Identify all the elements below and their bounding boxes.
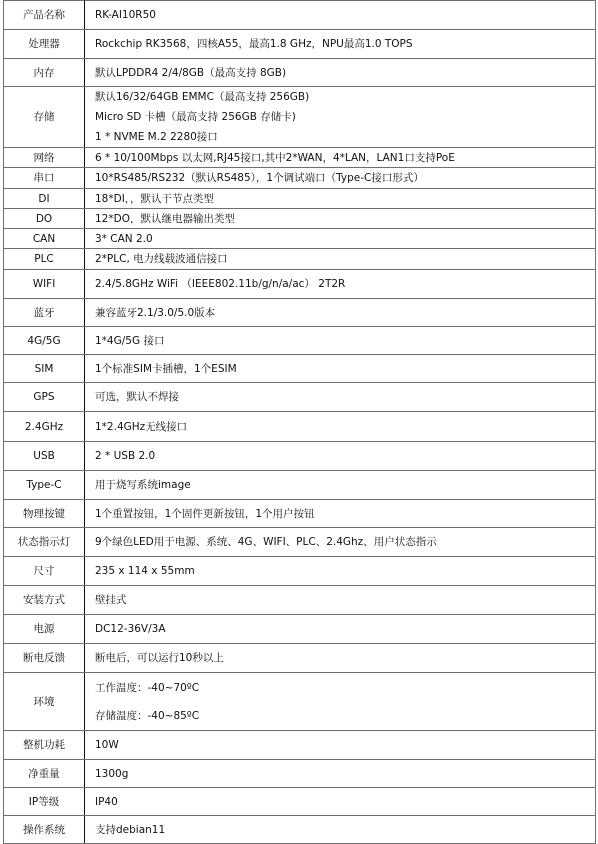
spec-row-24ghz: 2.4GHz 1*2.4GHz无线接口 [4,412,596,442]
spec-label: 内存 [4,59,85,87]
spec-value: 10*RS485/RS232（默认RS485），1个调试端口（Type-C接口形… [85,168,596,189]
spec-value-line: 1 * NVME M.2 2280接口 [95,127,595,147]
spec-row-do: DO 12*DO，默认继电器输出类型 [4,209,596,229]
spec-row-can: CAN 3* CAN 2.0 [4,229,596,249]
spec-value: RK-AI10R50 [85,1,596,30]
spec-value: 2 * USB 2.0 [85,442,596,471]
spec-label: SIM [4,355,85,383]
spec-table-body: 产品名称 RK-AI10R50 处理器 Rockchip RK3568，四核A5… [4,1,596,844]
spec-row-power-loss: 断电反馈 断电后，可以运行10秒以上 [4,644,596,673]
spec-label: DO [4,209,85,229]
spec-row-memory: 内存 默认LPDDR4 2/4/8GB（最高支持 8GB) [4,59,596,87]
spec-value: 9个绿色LED用于电源、系统、4G、WIFI、PLC、2.4Ghz、用户状态指示 [85,528,596,557]
spec-label: 操作系统 [4,816,85,844]
spec-label: Type-C [4,471,85,500]
spec-label: 安装方式 [4,586,85,615]
spec-row-buttons: 物理按键 1个重置按钮，1个固件更新按钮，1个用户按钮 [4,500,596,528]
spec-label: 2.4GHz [4,412,85,442]
spec-value: 1*2.4GHz无线接口 [85,412,596,442]
spec-value-line: Micro SD 卡槽（最高支持 256GB 存储卡) [95,107,595,127]
spec-value-line: 工作温度：-40~70ºC [95,674,595,702]
spec-value: Rockchip RK3568，四核A55，最高1.8 GHz，NPU最高1.0… [85,30,596,59]
spec-row-weight: 净重量 1300g [4,760,596,788]
spec-label: 蓝牙 [4,299,85,327]
spec-row-processor: 处理器 Rockchip RK3568，四核A55，最高1.8 GHz，NPU最… [4,30,596,59]
spec-value: 18*DI，，默认干节点类型 [85,189,596,209]
spec-row-bluetooth: 蓝牙 兼容蓝牙2.1/3.0/5.0版本 [4,299,596,327]
spec-value: 3* CAN 2.0 [85,229,596,249]
spec-label: 产品名称 [4,1,85,30]
spec-row-cellular: 4G/5G 1*4G/5G 接口 [4,327,596,355]
spec-label: CAN [4,229,85,249]
spec-value: 支持debian11 [85,816,596,844]
spec-value: 可选，默认不焊接 [85,383,596,412]
spec-row-dimensions: 尺寸 235 x 114 x 55mm [4,557,596,586]
spec-row-plc: PLC 2*PLC, 电力线载波通信接口 [4,249,596,270]
spec-row-power-consumption: 整机功耗 10W [4,731,596,760]
spec-label: DI [4,189,85,209]
spec-row-power: 电源 DC12-36V/3A [4,615,596,644]
spec-row-wifi: WIFI 2.4/5.8GHz WiFi （IEEE802.11b/g/n/a/… [4,270,596,299]
spec-label: 串口 [4,168,85,189]
spec-label: 尺寸 [4,557,85,586]
spec-value: 兼容蓝牙2.1/3.0/5.0版本 [85,299,596,327]
spec-value: 12*DO，默认继电器输出类型 [85,209,596,229]
spec-row-di: DI 18*DI，，默认干节点类型 [4,189,596,209]
spec-row-os: 操作系统 支持debian11 [4,816,596,844]
spec-label: 电源 [4,615,85,644]
spec-value: IP40 [85,788,596,816]
spec-row-leds: 状态指示灯 9个绿色LED用于电源、系统、4G、WIFI、PLC、2.4Ghz、… [4,528,596,557]
spec-row-storage: 存储 默认16/32/64GB EMMC（最高支持 256GB) Micro S… [4,87,596,148]
spec-row-mounting: 安装方式 壁挂式 [4,586,596,615]
spec-label: PLC [4,249,85,270]
spec-value: 1个重置按钮，1个固件更新按钮，1个用户按钮 [85,500,596,528]
spec-value: 用于烧写系统image [85,471,596,500]
spec-label: 断电反馈 [4,644,85,673]
spec-value: 1个标准SIM卡插槽，1个ESIM [85,355,596,383]
spec-value: 2.4/5.8GHz WiFi （IEEE802.11b/g/n/a/ac） 2… [85,270,596,299]
spec-label: 物理按键 [4,500,85,528]
spec-value: 默认16/32/64GB EMMC（最高支持 256GB) Micro SD 卡… [85,87,596,148]
spec-row-gps: GPS 可选，默认不焊接 [4,383,596,412]
spec-table: 产品名称 RK-AI10R50 处理器 Rockchip RK3568，四核A5… [3,0,596,843]
spec-label: 处理器 [4,30,85,59]
spec-row-usb: USB 2 * USB 2.0 [4,442,596,471]
spec-row-sim: SIM 1个标准SIM卡插槽，1个ESIM [4,355,596,383]
spec-value: 6 * 10/100Mbps 以太网,RJ45接口,其中2*WAN，4*LAN，… [85,148,596,168]
spec-row-type-c: Type-C 用于烧写系统image [4,471,596,500]
spec-label: 存储 [4,87,85,148]
spec-value-line: 存储温度：-40~85ºC [95,702,595,730]
spec-label: GPS [4,383,85,412]
spec-value-line: 默认16/32/64GB EMMC（最高支持 256GB) [95,87,595,107]
spec-value: 10W [85,731,596,760]
spec-value: 1*4G/5G 接口 [85,327,596,355]
spec-label: 整机功耗 [4,731,85,760]
spec-value: 2*PLC, 电力线载波通信接口 [85,249,596,270]
spec-label: IP等级 [4,788,85,816]
spec-row-product-name: 产品名称 RK-AI10R50 [4,1,596,30]
spec-value: DC12-36V/3A [85,615,596,644]
spec-value: 壁挂式 [85,586,596,615]
spec-row-ip-rating: IP等级 IP40 [4,788,596,816]
spec-label: 4G/5G [4,327,85,355]
spec-value: 默认LPDDR4 2/4/8GB（最高支持 8GB) [85,59,596,87]
spec-row-serial: 串口 10*RS485/RS232（默认RS485），1个调试端口（Type-C… [4,168,596,189]
spec-label: USB [4,442,85,471]
spec-label: 净重量 [4,760,85,788]
spec-row-environment: 环境 工作温度：-40~70ºC 存储温度：-40~85ºC [4,673,596,731]
spec-row-network: 网络 6 * 10/100Mbps 以太网,RJ45接口,其中2*WAN，4*L… [4,148,596,168]
spec-value: 工作温度：-40~70ºC 存储温度：-40~85ºC [85,673,596,731]
spec-label: 状态指示灯 [4,528,85,557]
spec-value: 1300g [85,760,596,788]
spec-label: 网络 [4,148,85,168]
spec-value: 235 x 114 x 55mm [85,557,596,586]
spec-label: 环境 [4,673,85,731]
spec-value: 断电后，可以运行10秒以上 [85,644,596,673]
spec-label: WIFI [4,270,85,299]
